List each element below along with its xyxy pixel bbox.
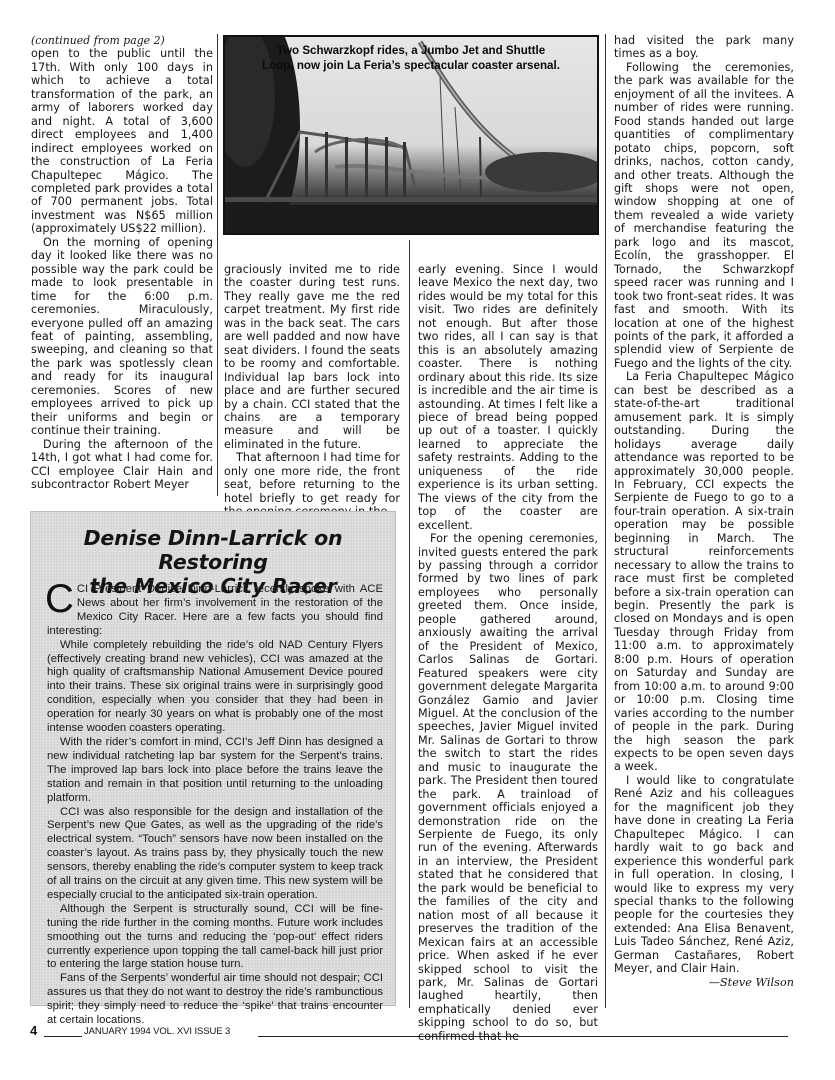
paragraph: I would like to congratulate René Aziz a… xyxy=(614,774,794,976)
paragraph: La Feria Chapultepec Mágico can best be … xyxy=(614,370,794,774)
article-column-4: had visited the park many times as a boy… xyxy=(614,34,794,989)
column-divider xyxy=(605,34,606,1008)
article-column-3: early evening. Since I would leave Mexic… xyxy=(418,263,598,1043)
sidebar-paragraph: CCI was also responsible for the design … xyxy=(47,806,383,903)
paragraph: That afternoon I had time for only one m… xyxy=(224,451,400,518)
sidebar-paragraph: CCI President Denise Dinn-Larrick recent… xyxy=(47,583,383,639)
sidebar-paragraph: Although the Serpent is structurally sou… xyxy=(47,903,383,973)
sidebar-paragraph: With the rider’s comfort in mind, CCI’s … xyxy=(47,736,383,806)
sidebar-body: CCI President Denise Dinn-Larrick recent… xyxy=(47,583,383,1028)
footer-rule xyxy=(258,1036,788,1037)
photo-caption: Two Schwarzkopf rides, a Jumbo Jet and S… xyxy=(225,43,597,73)
paragraph: graciously invited me to ride the coaste… xyxy=(224,263,400,451)
paragraph: During the afternoon of the 14th, I got … xyxy=(31,438,213,492)
article-column-1: (continued from page 2) open to the publ… xyxy=(31,34,213,491)
caption-line: Two Schwarzkopf rides, a Jumbo Jet and S… xyxy=(225,43,597,58)
page-footer: 4 JANUARY 1994 VOL. XVI ISSUE 3 xyxy=(30,1025,788,1039)
caption-line: Loop, now join La Feria’s spectacular co… xyxy=(225,58,597,73)
page-number: 4 xyxy=(30,1023,37,1038)
paragraph: Following the ceremonies, the park was a… xyxy=(614,61,794,370)
coaster-photo: Two Schwarzkopf rides, a Jumbo Jet and S… xyxy=(223,35,599,235)
author-signature: —Steve Wilson xyxy=(614,976,794,989)
continued-note: (continued from page 2) xyxy=(31,34,213,47)
sidebar-title-line: Denise Dinn-Larrick on Restoring xyxy=(31,526,395,574)
paragraph: open to the public until the 17th. With … xyxy=(31,47,213,235)
sidebar-paragraph: While completely rebuilding the ride’s o… xyxy=(47,639,383,736)
drop-cap: C xyxy=(45,584,74,614)
paragraph: had visited the park many times as a boy… xyxy=(614,34,794,61)
sidebar-box: Denise Dinn-Larrick on Restoring the Mex… xyxy=(30,511,396,1006)
footer-rule xyxy=(44,1036,82,1037)
issue-info: JANUARY 1994 VOL. XVI ISSUE 3 xyxy=(84,1026,230,1037)
column-divider xyxy=(409,240,410,1008)
paragraph: For the opening ceremonies, invited gues… xyxy=(418,532,598,1043)
column-divider xyxy=(217,34,218,496)
paragraph: On the morning of opening day it looked … xyxy=(31,236,213,438)
sidebar-paragraph-text: CI President Denise Dinn-Larrick recentl… xyxy=(47,583,383,637)
article-column-2: graciously invited me to ride the coaste… xyxy=(224,263,400,519)
paragraph: early evening. Since I would leave Mexic… xyxy=(418,263,598,532)
sidebar-paragraph: Fans of the Serpents’ wonderful air time… xyxy=(47,972,383,1028)
